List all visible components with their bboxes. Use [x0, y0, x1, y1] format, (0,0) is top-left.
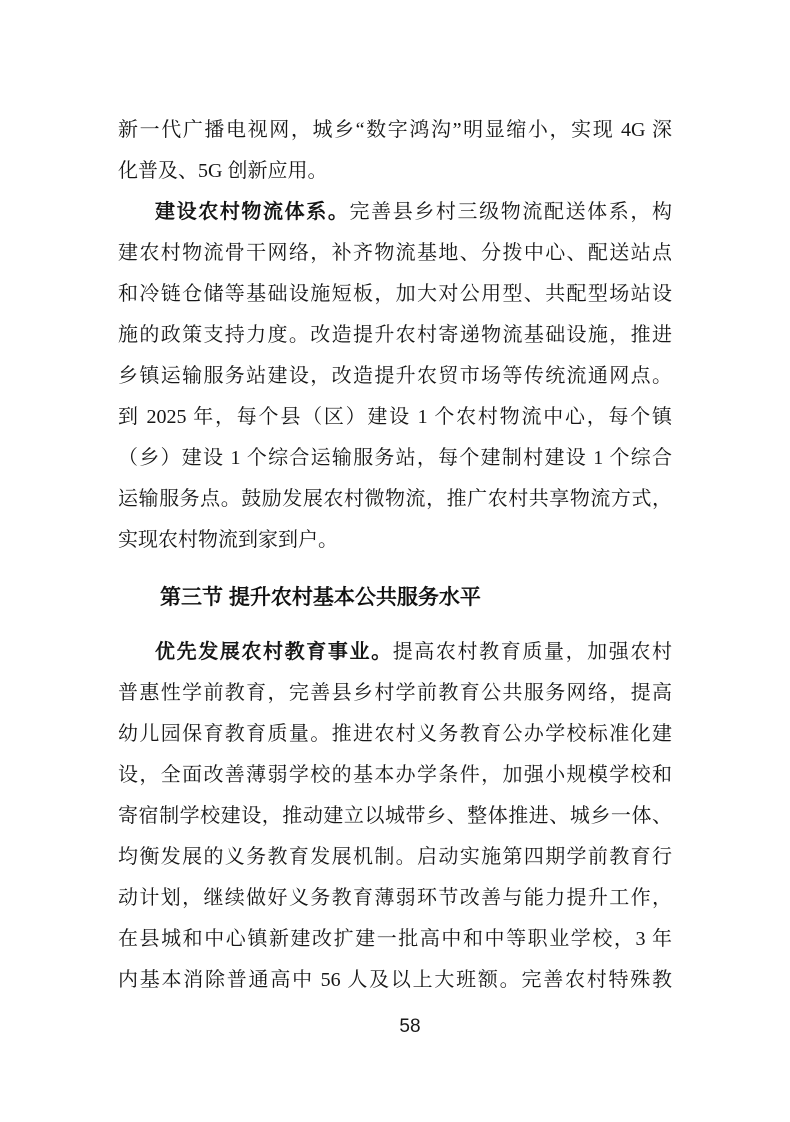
lead-line-rest: 完善县乡村三级物流配送体系，构 — [349, 201, 672, 223]
text-line: 乡镇运输服务站建设，改造提升农贸市场等传统流通网点。 — [118, 356, 672, 397]
text-line: （乡）建设 1 个综合运输服务站，每个建制村建设 1 个综合 — [118, 438, 672, 479]
lead-line-rest: 提高农村教育质量，加强农村 — [393, 641, 672, 663]
paragraph-rural-education: 优先发展农村教育事业。提高农村教育质量，加强农村 普惠性学前教育，完善县乡村学前… — [118, 632, 672, 1001]
paragraph-broadband-tail: 新一代广播电视网，城乡“数字鸿沟”明显缩小，实现 4G 深 化普及、5G 创新应… — [118, 110, 672, 192]
text-line: 设，全面改善薄弱学校的基本办学条件，加强小规模学校和 — [118, 755, 672, 796]
text-line: 施的政策支持力度。改造提升农村寄递物流基础设施，推进 — [118, 315, 672, 356]
text-line: 寄宿制学校建设，推动建立以城带乡、整体推进、城乡一体、 — [118, 796, 672, 837]
text-line: 均衡发展的义务教育发展机制。启动实施第四期学前教育行 — [118, 837, 672, 878]
body-text-block: 新一代广播电视网，城乡“数字鸿沟”明显缩小，实现 4G 深 化普及、5G 创新应… — [118, 110, 672, 1001]
text-line: 幼儿园保育教育质量。推进农村义务教育公办学校标准化建 — [118, 714, 672, 755]
text-line: 普惠性学前教育，完善县乡村学前教育公共服务网络，提高 — [118, 673, 672, 714]
text-line: 建设农村物流体系。完善县乡村三级物流配送体系，构 — [118, 192, 672, 233]
text-line: 建农村物流骨干网络，补齐物流基地、分拨中心、配送站点 — [118, 233, 672, 274]
text-line: 内基本消除普通高中 56 人及以上大班额。完善农村特殊教 — [118, 960, 672, 1001]
text-line: 新一代广播电视网，城乡“数字鸿沟”明显缩小，实现 4G 深 — [118, 110, 672, 151]
text-line: 动计划，继续做好义务教育薄弱环节改善与能力提升工作， — [118, 878, 672, 919]
text-line: 到 2025 年，每个县（区）建设 1 个农村物流中心，每个镇 — [118, 397, 672, 438]
page-number: 58 — [30, 1016, 790, 1038]
text-line: 运输服务点。鼓励发展农村微物流，推广农村共享物流方式， — [118, 479, 672, 520]
text-line: 和冷链仓储等基础设施短板，加大对公用型、共配型场站设 — [118, 274, 672, 315]
text-line: 化普及、5G 创新应用。 — [118, 151, 672, 192]
text-line: 优先发展农村教育事业。提高农村教育质量，加强农村 — [118, 632, 672, 673]
section-heading: 第三节 提升农村基本公共服务水平 — [118, 577, 672, 618]
paragraph-rural-logistics: 建设农村物流体系。完善县乡村三级物流配送体系，构 建农村物流骨干网络，补齐物流基… — [118, 192, 672, 561]
paragraph-lead: 优先发展农村教育事业。 — [155, 641, 393, 663]
paragraph-lead: 建设农村物流体系。 — [155, 201, 349, 223]
text-line: 在县城和中心镇新建改扩建一批高中和中等职业学校，3 年 — [118, 919, 672, 960]
document-page: 新一代广播电视网，城乡“数字鸿沟”明显缩小，实现 4G 深 化普及、5G 创新应… — [0, 0, 790, 1122]
text-line: 实现农村物流到家到户。 — [118, 520, 672, 561]
